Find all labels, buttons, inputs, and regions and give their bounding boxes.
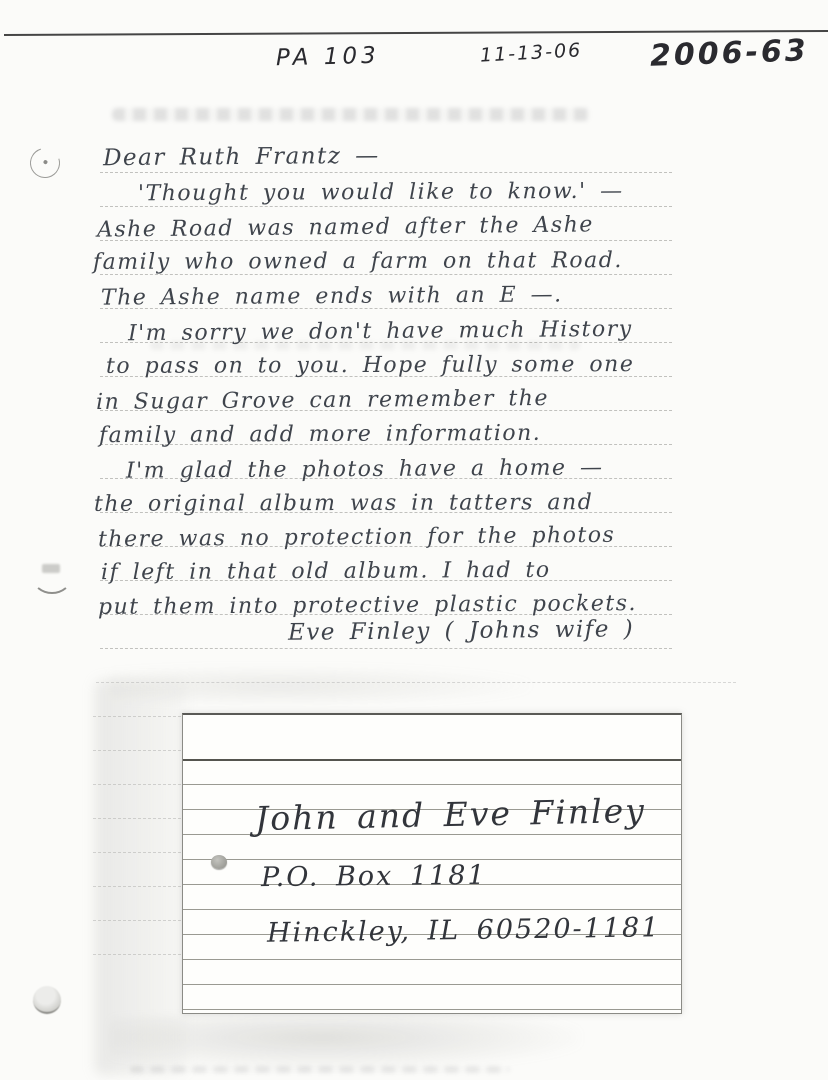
ruled-line <box>93 852 181 853</box>
letter-line: there was no protection for the photos <box>98 523 616 553</box>
card-ruled-line <box>183 1009 681 1010</box>
letter-line-salutation: Dear Ruth Frantz — <box>103 143 380 171</box>
ruled-line <box>93 716 181 717</box>
date-annotation: 11-13-06 <box>479 39 582 66</box>
punch-hole-mark-icon <box>25 143 66 184</box>
letter-line: I'm glad the photos have a home — <box>126 455 604 483</box>
letter-line: I'm sorry we don't have much History <box>128 317 633 346</box>
collection-code: PA 103 <box>276 43 380 72</box>
scanned-letter-page: PA 103 11-13-06 2006-63 Dear Ruth Frantz… <box>0 0 828 1080</box>
ruled-line <box>100 172 672 173</box>
ruled-line <box>93 886 181 887</box>
ruled-line <box>93 818 181 819</box>
ruled-line <box>93 750 181 751</box>
card-header-line <box>183 759 681 761</box>
card-ruled-line <box>183 959 681 960</box>
ruled-line <box>93 784 181 785</box>
ruled-line <box>93 920 181 921</box>
card-city-line: Hinckley, IL 60520-1181 <box>267 912 661 948</box>
bleed-through-smudge <box>130 1066 510 1073</box>
bleed-through-smudge <box>112 108 590 121</box>
ruled-line <box>100 648 672 649</box>
letter-signature: Eve Finley ( Johns wife ) <box>288 616 634 646</box>
scan-border-line <box>4 30 828 36</box>
ruled-line <box>93 954 181 955</box>
card-pobox-line: P.O. Box 1181 <box>261 860 487 893</box>
card-hole-mark-icon <box>211 855 227 869</box>
scan-shading <box>110 666 530 706</box>
card-ruled-line <box>183 984 681 985</box>
accession-number: 2006-63 <box>649 33 809 74</box>
letter-line: 'Thought you would like to know.' — <box>138 179 624 207</box>
ruled-line <box>100 206 672 207</box>
ruled-line <box>96 682 736 683</box>
letter-line: the original album was in tatters and <box>94 490 593 517</box>
card-ruled-line <box>183 909 681 910</box>
letter-line: to pass on to you. Hope fully some one <box>106 352 634 379</box>
scan-shading <box>95 680 187 1075</box>
punch-hole-mark-icon <box>32 560 72 594</box>
letter-line: family who owned a farm on that Road. <box>93 248 623 275</box>
letter-line: in Sugar Grove can remember the <box>96 386 549 415</box>
letter-line: put them into protective plastic pockets… <box>98 591 637 620</box>
scan-shading <box>110 1016 580 1070</box>
letter-line: family and add more information. <box>99 421 541 448</box>
card-name-line: John and Eve Finley <box>255 791 647 838</box>
letter-line: if left in that old album. I had to <box>101 558 551 585</box>
card-ruled-line <box>183 784 681 785</box>
letter-line: The Ashe name ends with an E —. <box>101 282 563 310</box>
letter-line: Ashe Road was named after the Ashe <box>97 212 594 242</box>
address-index-card: John and Eve Finley P.O. Box 1181 Hinckl… <box>182 713 682 1014</box>
punch-hole-mark-icon <box>33 986 61 1014</box>
